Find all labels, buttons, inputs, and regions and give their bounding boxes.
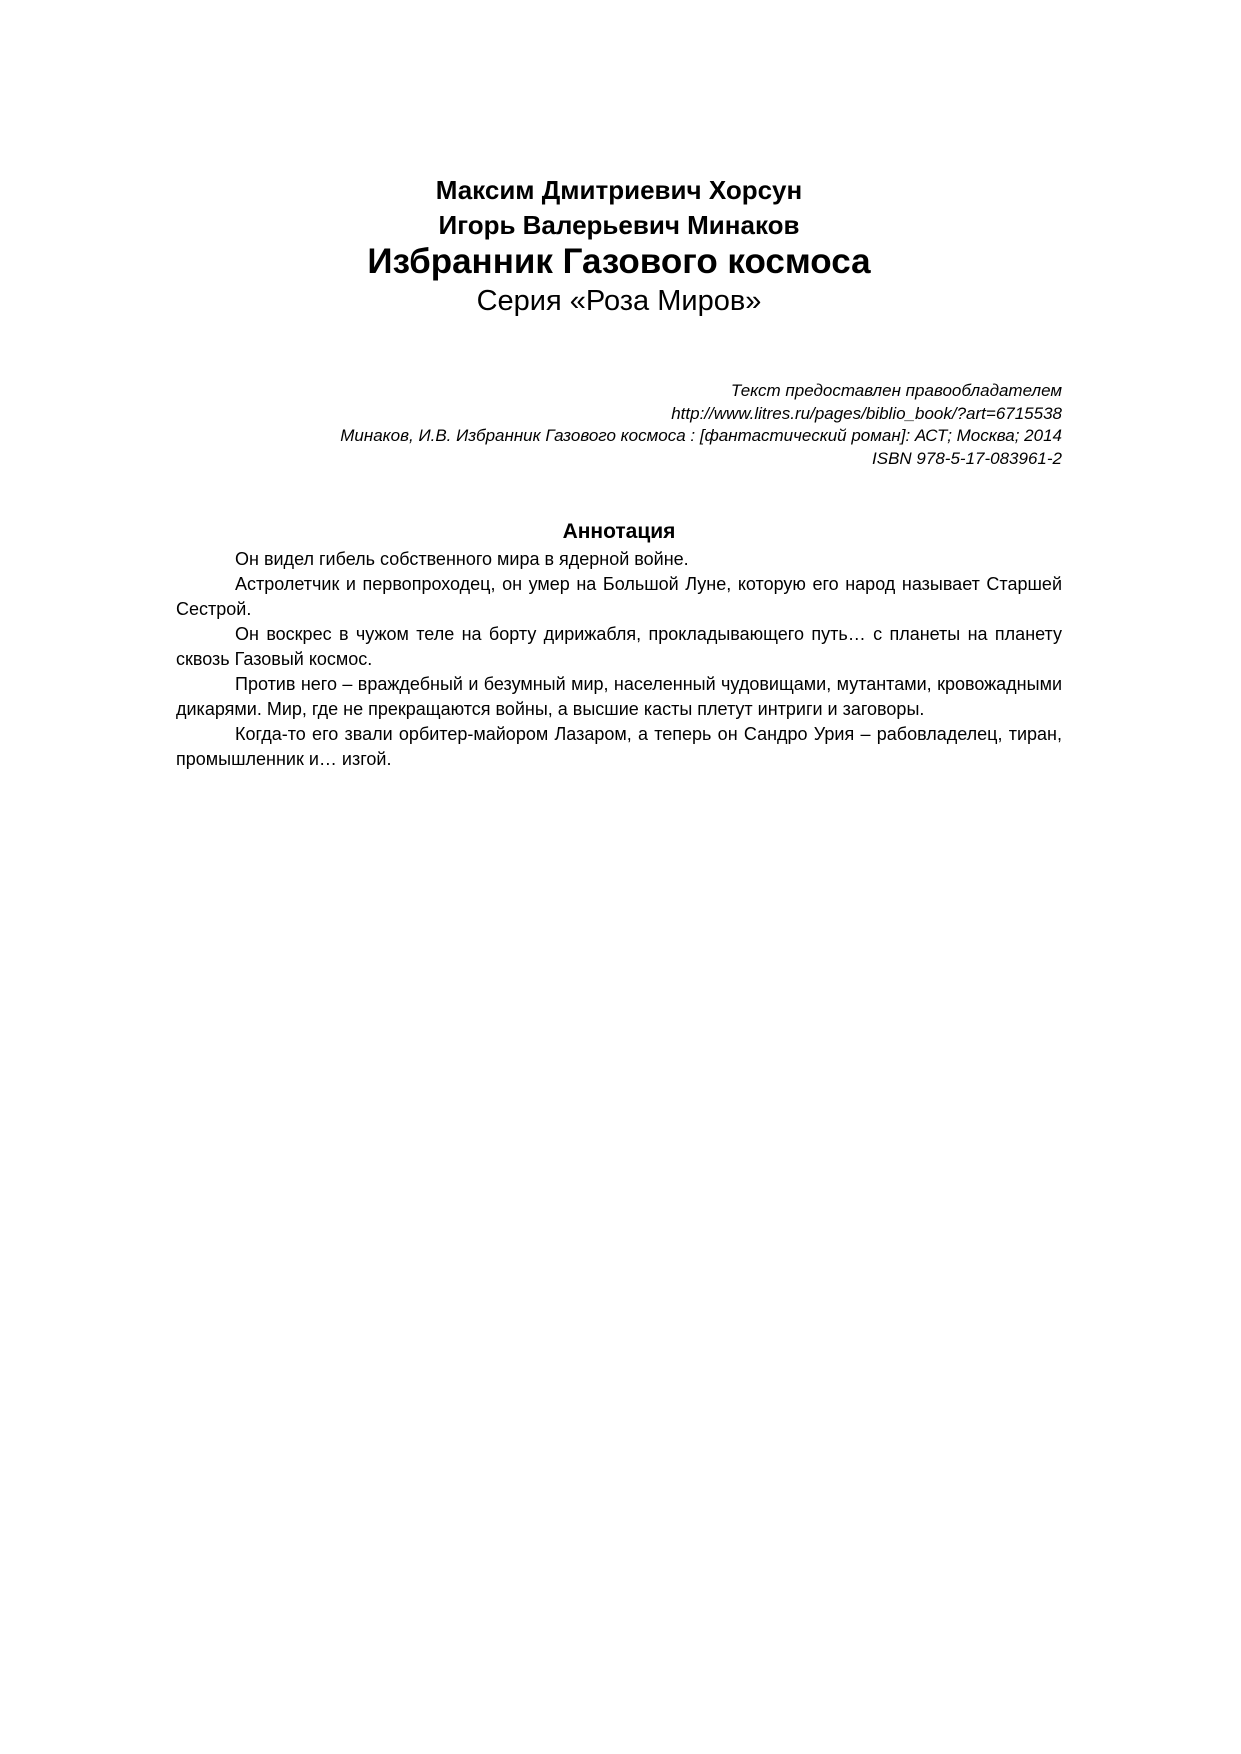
publication-info: Текст предоставлен правообладателем http…	[176, 380, 1062, 470]
bibliographic-citation: Минаков, И.В. Избранник Газового космоса…	[176, 425, 1062, 448]
author-name: Максим Дмитриевич Хорсун	[176, 173, 1062, 208]
annotation-section: Аннотация Он видел гибель собственного м…	[176, 519, 1062, 772]
source-url: http://www.litres.ru/pages/biblio_book/?…	[176, 403, 1062, 426]
series-name: Серия «Роза Миров»	[176, 282, 1062, 320]
annotation-paragraph: Астролетчик и первопроходец, он умер на …	[176, 572, 1062, 622]
author-name: Игорь Валерьевич Минаков	[176, 208, 1062, 243]
annotation-heading: Аннотация	[176, 519, 1062, 545]
book-title: Избранник Газового космоса	[176, 242, 1062, 282]
annotation-paragraph: Когда-то его звали орбитер-майором Лазар…	[176, 722, 1062, 772]
annotation-paragraph: Против него – враждебный и безумный мир,…	[176, 672, 1062, 722]
rights-holder-note: Текст предоставлен правообладателем	[176, 380, 1062, 403]
title-block: Максим Дмитриевич Хорсун Игорь Валерьеви…	[176, 173, 1062, 320]
annotation-paragraph: Он видел гибель собственного мира в ядер…	[176, 547, 1062, 572]
isbn: ISBN 978-5-17-083961-2	[176, 448, 1062, 471]
annotation-paragraph: Он воскрес в чужом теле на борту дирижаб…	[176, 622, 1062, 672]
